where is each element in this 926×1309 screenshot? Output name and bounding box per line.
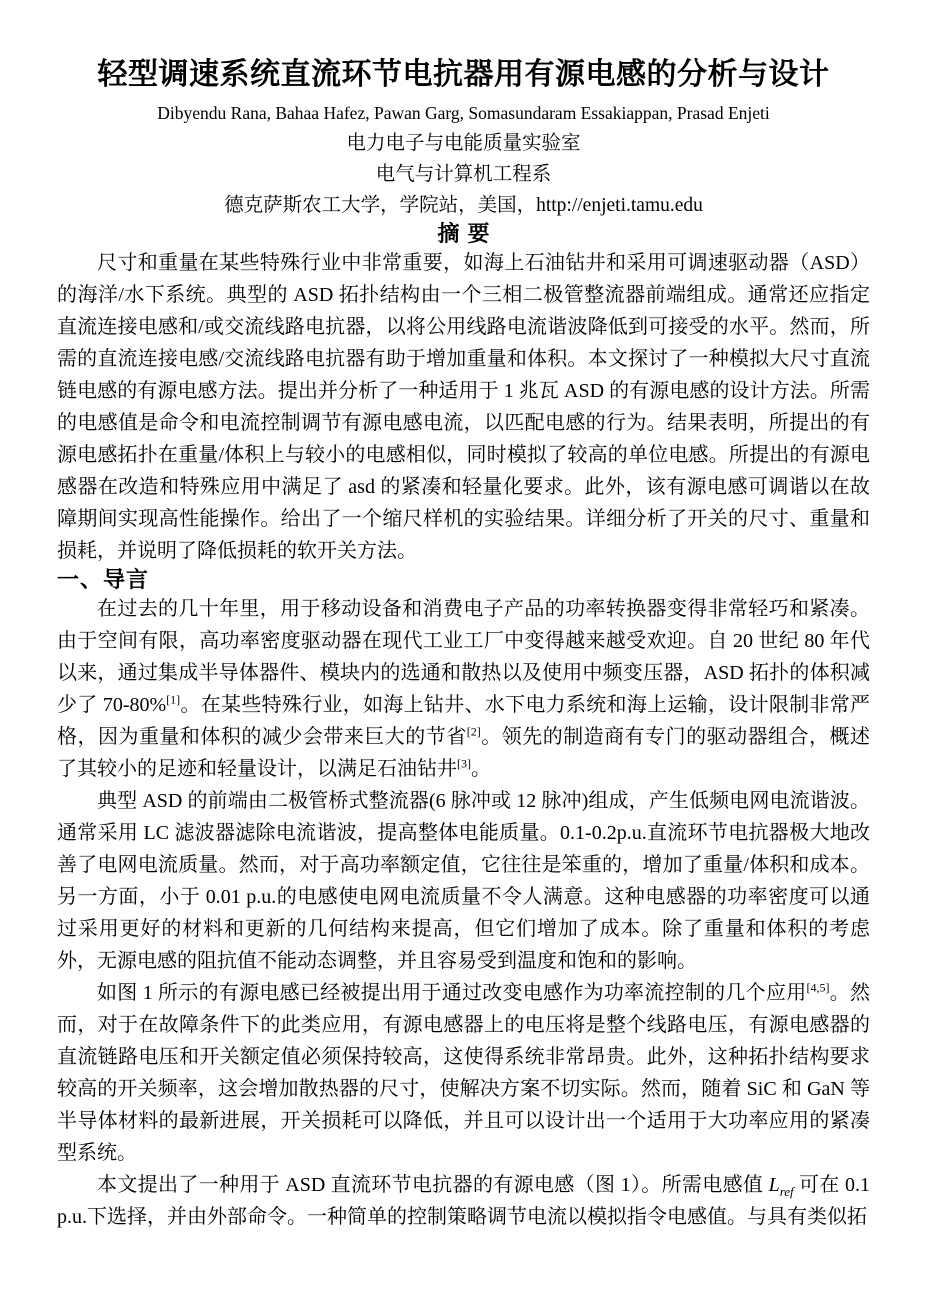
paper-title: 轻型调速系统直流环节电抗器用有源电感的分析与设计 xyxy=(57,52,870,98)
citation-ref-4-5: [4,5] xyxy=(806,980,829,994)
section-heading-introduction: 一、导言 xyxy=(57,567,870,593)
intro-paragraph-4: 本文提出了一种用于 ASD 直流环节电抗器的有源电感（图 1）。所需电感值 Lr… xyxy=(57,1169,870,1233)
paragraph-text: 本文提出了一种用于 ASD 直流环节电抗器的有源电感（图 1）。所需电感值 xyxy=(97,1174,769,1196)
intro-paragraph-3: 如图 1 所示的有源电感已经被提出用于通过改变电感作为功率流控制的几个应用[4,… xyxy=(57,977,870,1169)
intro-paragraph-2: 典型 ASD 的前端由二极管桥式整流器(6 脉冲或 12 脉冲)组成，产生低频电… xyxy=(57,785,870,977)
paragraph-text: 。然而，对于在故障条件下的此类应用，有源电感器上的电压将是整个线路电压，有源电感… xyxy=(57,982,870,1164)
citation-ref-1: [1] xyxy=(166,692,180,706)
citation-ref-3: [3] xyxy=(457,756,471,770)
department-line: 电气与计算机工程系 xyxy=(57,159,870,190)
paragraph-text: 如图 1 所示的有源电感已经被提出用于通过改变电感作为功率流控制的几个应用 xyxy=(97,982,806,1004)
document-page: 轻型调速系统直流环节电抗器用有源电感的分析与设计 Dibyendu Rana, … xyxy=(0,0,926,1309)
abstract-paragraph: 尺寸和重量在某些特殊行业中非常重要，如海上石油钻井和采用可调速驱动器（ASD）的… xyxy=(57,247,870,567)
inductance-subscript-ref: ref xyxy=(780,1184,794,1199)
paragraph-text: 。 xyxy=(471,758,491,780)
affiliation-line: 德克萨斯农工大学，学院站，美国，http://enjeti.tamu.edu xyxy=(57,190,870,221)
abstract-heading: 摘要 xyxy=(57,221,870,247)
citation-ref-2: [2] xyxy=(467,724,481,738)
authors-line: Dibyendu Rana, Bahaa Hafez, Pawan Garg, … xyxy=(57,98,870,128)
inductance-variable-L: L xyxy=(769,1174,780,1196)
intro-paragraph-1: 在过去的几十年里，用于移动设备和消费电子产品的功率转换器变得非常轻巧和紧凑。由于… xyxy=(57,593,870,785)
lab-line: 电力电子与电能质量实验室 xyxy=(57,128,870,159)
